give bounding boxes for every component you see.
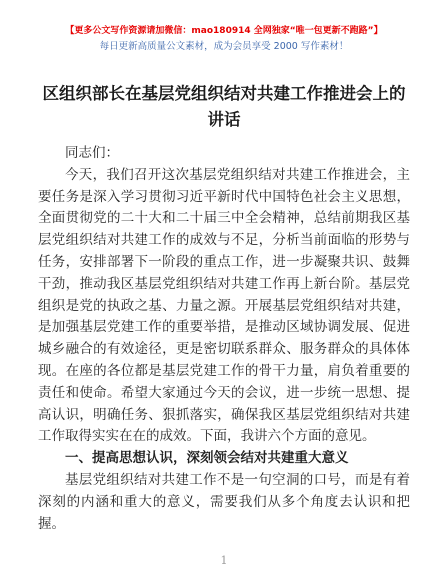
promo-line-1: 【更多公文写作资源请加微信：mao180914 全网独家“唯一包更新不跑路”】	[0, 25, 448, 38]
body-paragraph: 基层党组织结对共建工作不是一句空洞的口号，而是有着深刻的内涵和重大的意义，需要我…	[38, 470, 410, 535]
page-number: 1	[0, 554, 448, 567]
document-page: 【更多公文写作资源请加微信：mao180914 全网独家“唯一包更新不跑路”】 …	[0, 0, 448, 580]
body-paragraph: 今天，我们召开这次基层党组织结对共建工作推进会，主要任务是深入学习贯彻习近平新时…	[38, 165, 410, 448]
section-heading-1: 一、提高思想认识，深刻领会结对共建重大意义	[38, 448, 410, 470]
promo-banner: 【更多公文写作资源请加微信：mao180914 全网独家“唯一包更新不跑路”】 …	[0, 0, 448, 53]
document-body: 同志们： 今天，我们召开这次基层党组织结对共建工作推进会，主要任务是深入学习贯彻…	[38, 143, 410, 535]
salutation: 同志们：	[38, 143, 410, 165]
promo-line-2: 每日更新高质量公文素材，成为会员享受 2000 写作素材！	[0, 40, 448, 53]
document-title: 区组织部长在基层党组织结对共建工作推进会上的讲话	[37, 81, 411, 133]
